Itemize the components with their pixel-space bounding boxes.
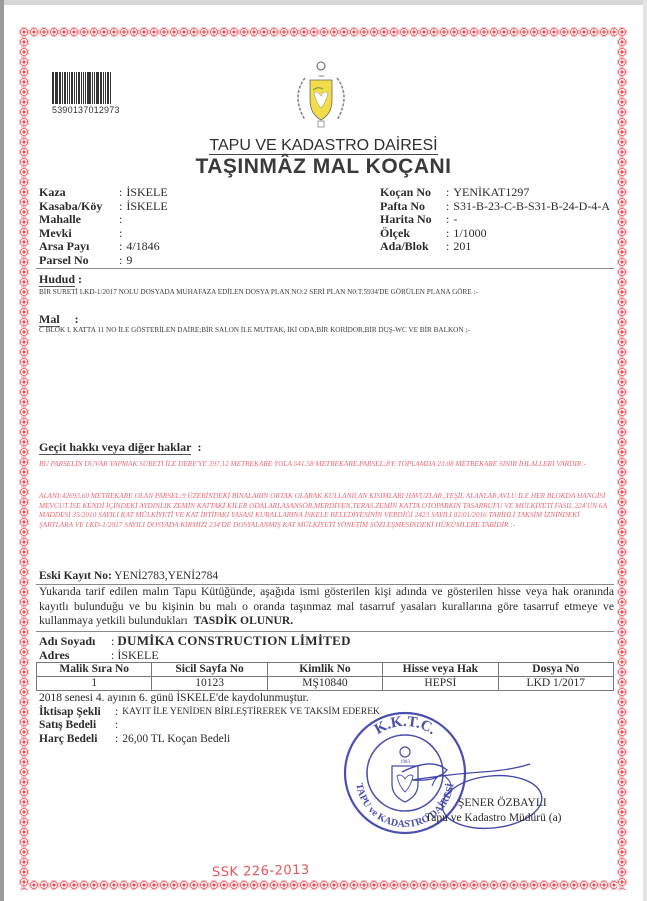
registration-note: 2018 senesi 4. ayının 6. günü İSKELE'de … (39, 692, 380, 706)
field-parsel-no: Parsel No:9 (39, 254, 168, 268)
field-kocan-no: Koçan No:YENİKAT1297 (380, 186, 610, 200)
field-harita-no: Harita No:- (380, 213, 610, 227)
gecit-text-1: BU PARSELİN DUVAR YAPMAK SURETİ İLE DERE… (39, 459, 615, 469)
mal-heading: Mal : (39, 312, 79, 327)
certification-text: Yukarıda tarif edilen malın Tapu Kütüğün… (39, 585, 614, 629)
hudud-heading: Hudud : (39, 272, 82, 287)
scan-edge (643, 0, 647, 901)
field-mevki: Mevki: (39, 227, 168, 241)
hudud-text: BİR SURETİ LKD-1/2017 NOLU DOSYADA MUHAF… (39, 288, 614, 298)
coat-of-arms-icon: 1983 (283, 60, 359, 130)
svg-text:1983: 1983 (318, 74, 325, 78)
field-mahalle: Mahalle: (39, 213, 168, 227)
barcode-number: 5390137012973 (52, 105, 112, 115)
handwritten-note: SSK 226-2013 (212, 863, 310, 881)
owner-address: İSKELE (117, 648, 158, 662)
owner-info: Adı Soyadı: DUMİKA CONSTRUCTION LİMİTED … (39, 634, 351, 662)
gecit-heading: Geçit hakkı veya diğer haklar : (39, 440, 201, 455)
field-arsa-payi: Arsa Payı:4/1846 (39, 240, 168, 254)
property-fields-left: Kaza:İSKELE Kasaba/Köy:İSKELE Mahalle: M… (39, 186, 168, 267)
registration-details: 2018 senesi 4. ayının 6. günü İSKELE'de … (39, 692, 380, 746)
field-ada-blok: Ada/Blok:201 (380, 240, 610, 254)
decorative-border-top (19, 27, 627, 37)
field-harc-bedeli: Harç Bedeli:26,00 TL Koçan Bedeli (39, 733, 380, 747)
owner-name: DUMİKA CONSTRUCTION LİMİTED (117, 633, 350, 648)
signatory-name: ŞENER ÖZBAYLI (458, 797, 547, 809)
field-olcek: Ölçek:1/1000 (380, 227, 610, 241)
document-title: TAŞINMÂZ MAL KOÇANI (0, 155, 647, 179)
office-title: TAPU VE KADASTRO DAİRESİ (0, 137, 647, 155)
divider (36, 268, 614, 269)
scan-edge (0, 0, 4, 901)
field-kaza: Kaza:İSKELE (39, 186, 168, 200)
field-satis-bedeli: Satış Bedeli: (39, 719, 380, 733)
field-pafta-no: Pafta No:S31-B-23-C-B-S31-B-24-D-4-A (380, 200, 610, 214)
decorative-border-bottom (19, 880, 627, 890)
field-iktisap: İktisap Şekli:KAYIT İLE YENİDEN BİRLEŞTİ… (39, 706, 380, 720)
property-fields-right: Koçan No:YENİKAT1297 Pafta No:S31-B-23-C… (380, 186, 610, 254)
barcode-icon (52, 72, 112, 104)
eski-kayit: Eski Kayıt No: YENİ2783,YENİ2784 (39, 570, 218, 582)
signatory-title: Tapu ve Kadastro Müdürü (a) (425, 812, 562, 824)
field-kasaba-koy: Kasaba/Köy:İSKELE (39, 200, 168, 214)
table-row: 1 10123 MŞ10840 HEPSİ LKD 1/2017 (37, 677, 614, 691)
scan-edge (0, 0, 647, 5)
owners-table: Malik Sıra No Sicil Sayfa No Kimlik No H… (36, 662, 614, 691)
gecit-text-2: ALANI:42693.60 METREKARE OLAN PARSEL:9 Ü… (39, 491, 615, 529)
mal-text: C BLOK I. KATTA 11 NO İLE GÖSTERİLEN DAİ… (39, 326, 614, 336)
barcode: 5390137012973 (52, 72, 112, 115)
divider (36, 631, 614, 632)
